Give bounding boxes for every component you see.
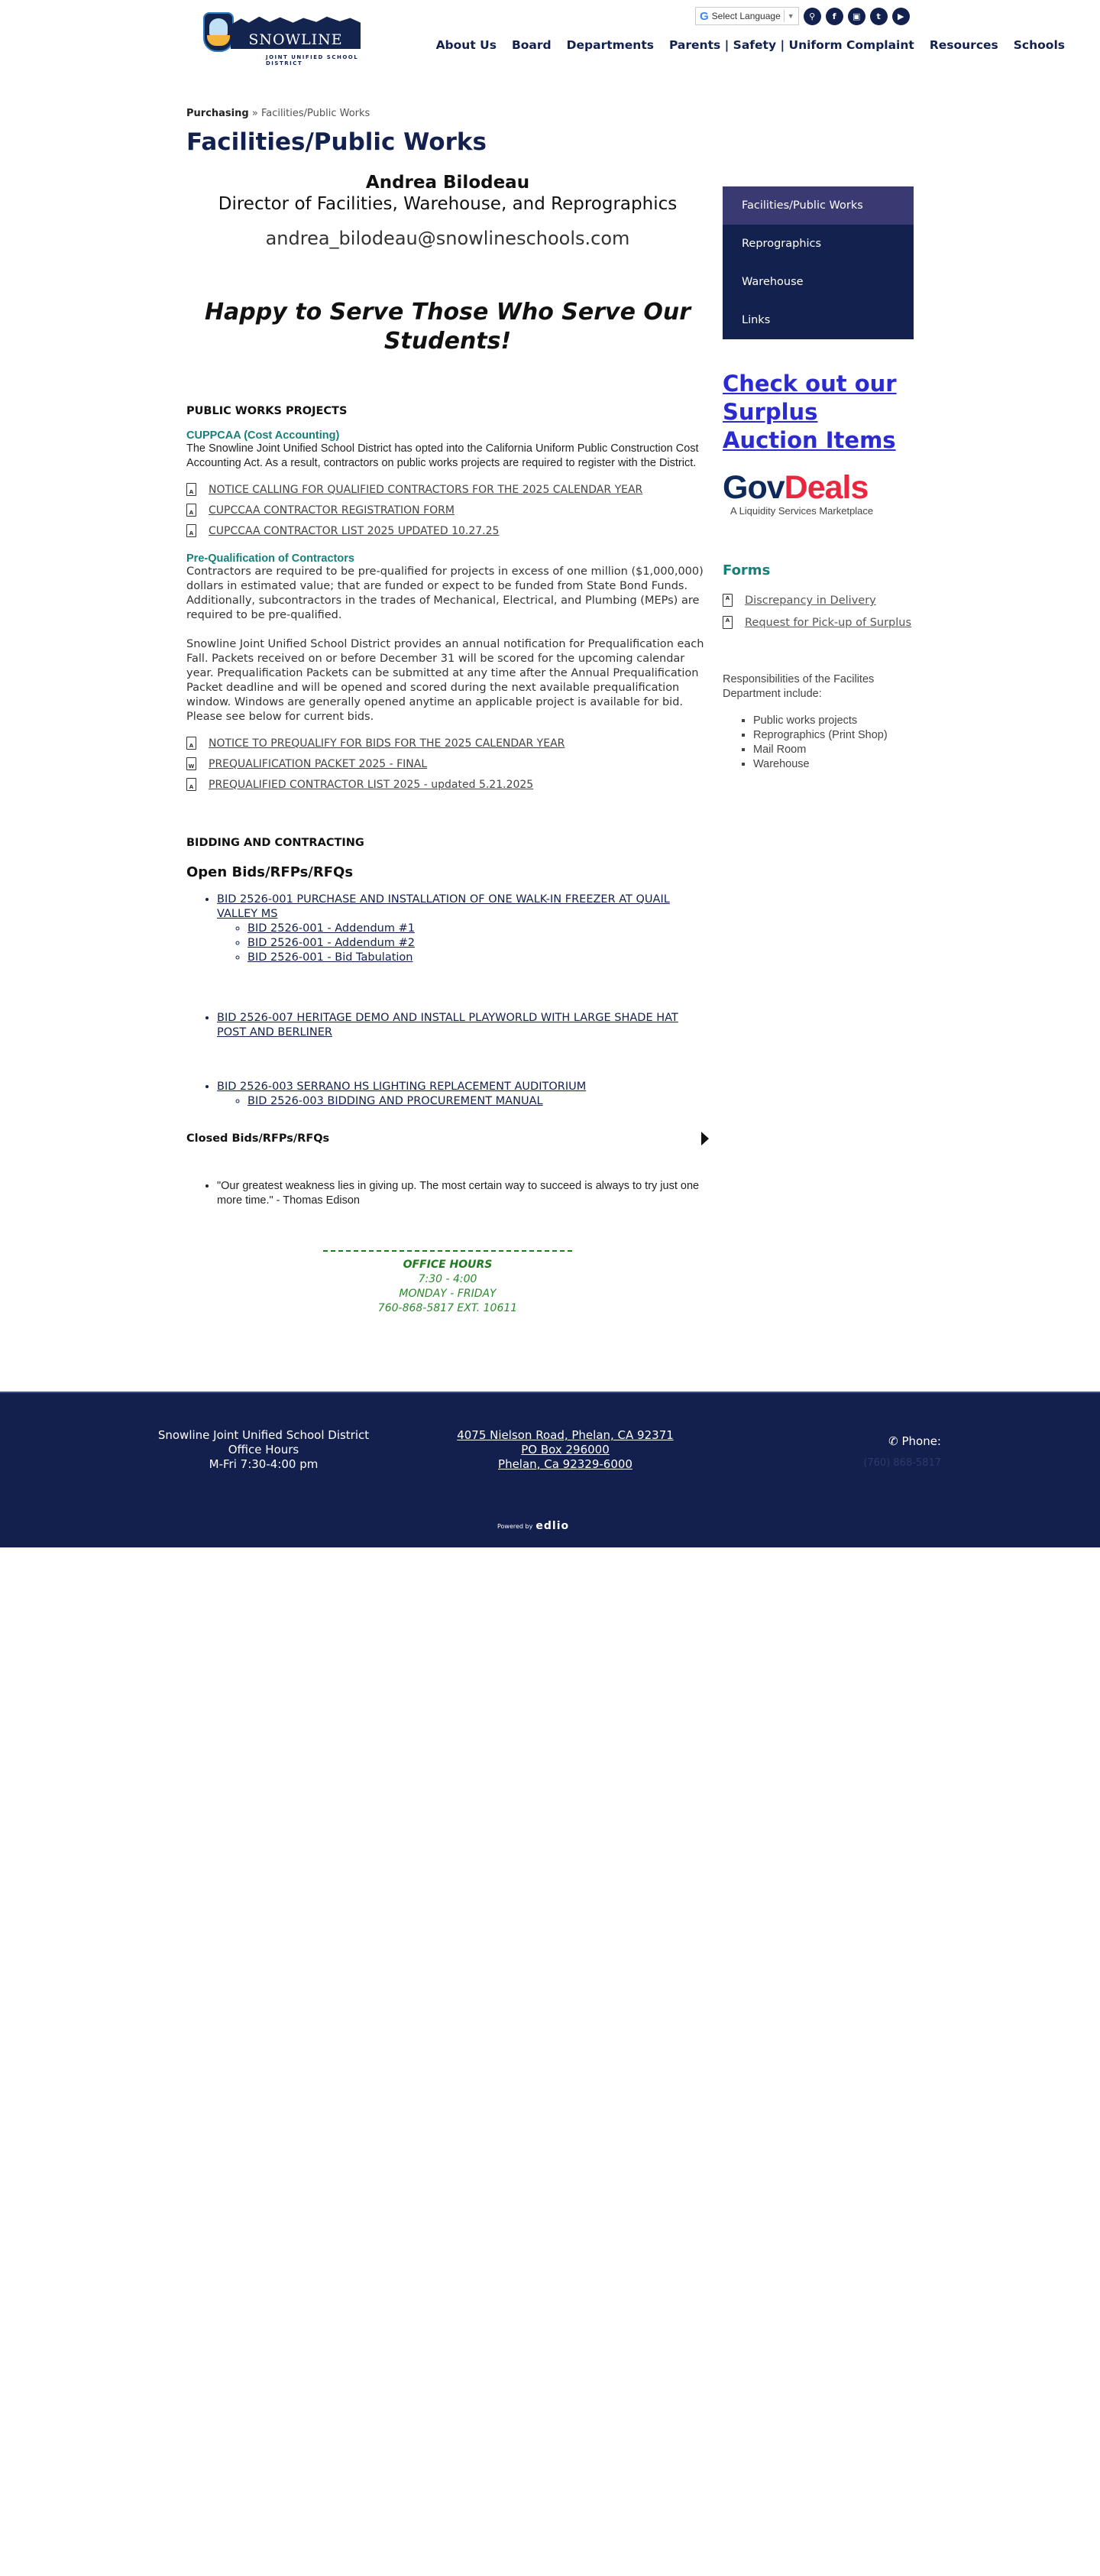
bid-sub-item: BID 2526-003 BIDDING AND PROCUREMENT MAN…: [247, 1094, 709, 1109]
footer-hours: Snowline Joint Unified School District O…: [153, 1428, 374, 1472]
responsibility-item: Mail Room: [753, 743, 914, 757]
form-link[interactable]: Discrepancy in Delivery: [745, 594, 876, 608]
responsibilities: Responsibilities of the Facilites Depart…: [723, 672, 914, 772]
bid-item: BID 2526-001 PURCHASE AND INSTALLATION O…: [217, 893, 709, 965]
open-bids-list: BID 2526-001 PURCHASE AND INSTALLATION O…: [186, 893, 709, 1109]
word-doc-icon: W: [186, 757, 196, 770]
logo-banner: SNOWLINE: [231, 15, 361, 49]
logo-subtitle: JOINT UNIFIED SCHOOL DISTRICT: [266, 54, 367, 66]
footer-address: 4075 Nielson Road, Phelan, CA 92371 PO B…: [451, 1428, 680, 1472]
main-content: Andrea Bilodeau Director of Facilities, …: [186, 173, 709, 1316]
nav-board[interactable]: Board: [512, 38, 552, 52]
logo-shield-icon: [203, 12, 234, 52]
closed-bids-toggle[interactable]: Closed Bids/RFPs/RFQs: [186, 1132, 709, 1145]
breadcrumb-parent[interactable]: Purchasing: [186, 108, 249, 119]
utility-bar: G Select Language ▼ ⚲ f ▣ t ▶: [695, 7, 910, 25]
edlio-logo: edlio: [535, 1520, 569, 1532]
office-hours-title: OFFICE HOURS: [186, 1258, 709, 1272]
nav-parents-safety[interactable]: Parents | Safety | Uniform Complaint: [669, 38, 914, 52]
language-select[interactable]: G Select Language ▼: [695, 7, 799, 25]
doc-link[interactable]: CUPCCAA CONTRACTOR REGISTRATION FORM: [209, 504, 455, 517]
pdf-icon: A: [186, 737, 196, 750]
prequal-heading: Pre-Qualification of Contractors: [186, 552, 709, 565]
sidebar-item-warehouse[interactable]: Warehouse: [723, 263, 914, 301]
bid-link[interactable]: BID 2526-001 PURCHASE AND INSTALLATION O…: [217, 893, 670, 920]
pdf-icon: A: [186, 524, 196, 537]
language-select-label: Select Language: [712, 11, 781, 21]
bid-item: BID 2526-003 SERRANO HS LIGHTING REPLACE…: [217, 1080, 709, 1109]
logo-name: SNOWLINE: [248, 32, 342, 47]
bid-sub-link[interactable]: BID 2526-001 - Bid Tabulation: [247, 951, 412, 964]
breadcrumb: Purchasing » Facilities/Public Works: [186, 108, 370, 119]
footer-hours-value: M-Fri 7:30-4:00 pm: [153, 1457, 374, 1472]
doc-item: WPREQUALIFICATION PACKET 2025 - FINAL: [186, 757, 709, 770]
divider: [784, 10, 785, 22]
pdf-icon: A: [186, 483, 196, 496]
twitter-icon[interactable]: t: [870, 8, 888, 25]
prequal-doc-list: ANOTICE TO PREQUALIFY FOR BIDS FOR THE 2…: [186, 737, 709, 791]
instagram-icon[interactable]: ▣: [848, 8, 865, 25]
office-hours-time: 7:30 - 4:00: [186, 1272, 709, 1287]
bid-sub-link[interactable]: BID 2526-001 - Addendum #2: [247, 937, 415, 949]
bid-item: BID 2526-007 HERITAGE DEMO AND INSTALL P…: [217, 1011, 709, 1040]
bid-link[interactable]: BID 2526-003 SERRANO HS LIGHTING REPLACE…: [217, 1081, 586, 1093]
doc-item: ANOTICE TO PREQUALIFY FOR BIDS FOR THE 2…: [186, 737, 709, 750]
doc-link[interactable]: NOTICE CALLING FOR QUALIFIED CONTRACTORS…: [209, 484, 642, 496]
govdeals-logo[interactable]: GovDeals A Liquidity Services Marketplac…: [723, 470, 914, 517]
expand-arrow-icon: [701, 1132, 709, 1145]
bid-sub-link[interactable]: BID 2526-003 BIDDING AND PROCUREMENT MAN…: [247, 1095, 543, 1107]
page-title: Facilities/Public Works: [186, 128, 487, 156]
bid-link[interactable]: BID 2526-007 HERITAGE DEMO AND INSTALL P…: [217, 1012, 678, 1039]
youtube-icon[interactable]: ▶: [892, 8, 910, 25]
phone-icon: ✆: [888, 1434, 898, 1448]
prequal-text-1: Contractors are required to be pre-quali…: [186, 565, 709, 623]
pdf-icon: A: [186, 504, 196, 517]
dropdown-arrow-icon: ▼: [788, 12, 794, 20]
public-works-heading: PUBLIC WORKS PROJECTS: [186, 405, 709, 417]
contact-name: Andrea Bilodeau: [186, 173, 709, 193]
govdeals-gov: Gov: [723, 469, 785, 506]
govdeals-tagline: A Liquidity Services Marketplace: [730, 505, 914, 517]
sidebar-nav: Facilities/Public Works Reprographics Wa…: [723, 186, 914, 339]
district-logo[interactable]: SNOWLINE JOINT UNIFIED SCHOOL DISTRICT: [203, 11, 367, 53]
site-header: SNOWLINE JOINT UNIFIED SCHOOL DISTRICT G…: [0, 0, 1100, 76]
responsibility-item: Reprographics (Print Shop): [753, 728, 914, 743]
footer-phone-number[interactable]: (760) 868-5817: [856, 1457, 941, 1469]
bid-sub-list: BID 2526-001 - Addendum #1 BID 2526-001 …: [247, 922, 709, 965]
bid-sub-link[interactable]: BID 2526-001 - Addendum #1: [247, 922, 415, 935]
google-icon: G: [700, 10, 709, 23]
footer-address-line-3[interactable]: Phelan, Ca 92329-6000: [498, 1457, 632, 1471]
doc-item: ANOTICE CALLING FOR QUALIFIED CONTRACTOR…: [186, 483, 709, 496]
dashed-divider: [323, 1250, 572, 1252]
nav-about-us[interactable]: About Us: [436, 38, 497, 52]
breadcrumb-separator: »: [252, 108, 258, 119]
bid-sub-list: BID 2526-003 BIDDING AND PROCUREMENT MAN…: [247, 1094, 709, 1109]
forms-heading: Forms: [723, 562, 914, 578]
footer-phone-label: Phone:: [901, 1434, 941, 1448]
closed-bids-heading: Closed Bids/RFPs/RFQs: [186, 1132, 329, 1145]
footer-address-line-1[interactable]: 4075 Nielson Road, Phelan, CA 92371: [457, 1428, 674, 1442]
doc-item: APREQUALIFIED CONTRACTOR LIST 2025 - upd…: [186, 778, 709, 791]
contact-email-link[interactable]: andrea_bilodeau@snowlineschools.com: [266, 228, 630, 249]
pdf-icon: A: [723, 616, 733, 629]
responsibility-item: Warehouse: [753, 757, 914, 772]
form-item: ARequest for Pick-up of Surplus: [723, 616, 914, 630]
responsibility-item: Public works projects: [753, 714, 914, 728]
facebook-icon[interactable]: f: [826, 8, 843, 25]
bid-sub-item: BID 2526-001 - Addendum #2: [247, 936, 709, 951]
main-nav: About Us Board Departments Parents | Saf…: [436, 38, 1065, 52]
cuppcaa-text: The Snowline Joint Unified School Distri…: [186, 442, 709, 471]
footer-district: Snowline Joint Unified School District: [153, 1428, 374, 1443]
office-hours-days: MONDAY - FRIDAY: [186, 1287, 709, 1301]
surplus-auction-link[interactable]: Check out our Surplus Auction Items: [723, 370, 914, 455]
powered-by-label: Powered by: [497, 1523, 532, 1530]
contact-title: Director of Facilities, Warehouse, and R…: [186, 194, 709, 214]
form-item: ADiscrepancy in Delivery: [723, 594, 914, 608]
sidebar-item-reprographics[interactable]: Reprographics: [723, 225, 914, 263]
cuppcaa-heading: CUPPCAA (Cost Accounting): [186, 429, 709, 442]
footer-address-line-2[interactable]: PO Box 296000: [521, 1443, 610, 1456]
responsibilities-list: Public works projects Reprographics (Pri…: [753, 714, 914, 772]
quote-list: "Our greatest weakness lies in giving up…: [217, 1179, 709, 1208]
office-hours-block: OFFICE HOURS 7:30 - 4:00 MONDAY - FRIDAY…: [186, 1243, 709, 1316]
nav-departments[interactable]: Departments: [567, 38, 654, 52]
footer-phone: ✆ Phone:: [856, 1434, 941, 1448]
contact-block: Andrea Bilodeau Director of Facilities, …: [186, 173, 709, 356]
pdf-icon: A: [186, 778, 196, 791]
sidebar: Facilities/Public Works Reprographics Wa…: [723, 186, 914, 772]
pdf-icon: A: [723, 594, 733, 607]
doc-item: ACUPCCAA CONTRACTOR LIST 2025 UPDATED 10…: [186, 524, 709, 537]
search-icon[interactable]: ⚲: [804, 8, 821, 25]
responsibilities-intro: Responsibilities of the Facilites Depart…: [723, 672, 914, 702]
site-footer: Snowline Joint Unified School District O…: [0, 1392, 1100, 1547]
nav-schools[interactable]: Schools: [1014, 38, 1065, 52]
prequal-text-2: Snowline Joint Unified School District p…: [186, 637, 709, 724]
govdeals-deals: Deals: [785, 469, 869, 506]
forms-list: ADiscrepancy in Delivery ARequest for Pi…: [723, 594, 914, 630]
slogan: Happy to Serve Those Who Serve Our Stude…: [186, 298, 709, 356]
footer-hours-label: Office Hours: [153, 1443, 374, 1457]
bid-sub-item: BID 2526-001 - Bid Tabulation: [247, 951, 709, 965]
form-link[interactable]: Request for Pick-up of Surplus: [745, 616, 911, 630]
open-bids-heading: Open Bids/RFPs/RFQs: [186, 864, 709, 880]
nav-resources[interactable]: Resources: [930, 38, 998, 52]
sidebar-item-facilities[interactable]: Facilities/Public Works: [723, 186, 914, 225]
bidding-heading: BIDDING AND CONTRACTING: [186, 837, 709, 849]
doc-link[interactable]: PREQUALIFICATION PACKET 2025 - FINAL: [209, 758, 427, 770]
quote: "Our greatest weakness lies in giving up…: [217, 1179, 709, 1208]
doc-link[interactable]: CUPCCAA CONTRACTOR LIST 2025 UPDATED 10.…: [209, 525, 499, 537]
bid-sub-item: BID 2526-001 - Addendum #1: [247, 922, 709, 936]
doc-item: ACUPCCAA CONTRACTOR REGISTRATION FORM: [186, 504, 709, 517]
office-hours-phone: 760-868-5817 EXT. 10611: [186, 1301, 709, 1316]
doc-link[interactable]: NOTICE TO PREQUALIFY FOR BIDS FOR THE 20…: [209, 737, 565, 750]
doc-link[interactable]: PREQUALIFIED CONTRACTOR LIST 2025 - upda…: [209, 779, 533, 791]
powered-by-edlio[interactable]: Powered by edlio: [497, 1520, 569, 1532]
cuppcaa-doc-list: ANOTICE CALLING FOR QUALIFIED CONTRACTOR…: [186, 483, 709, 537]
breadcrumb-current: Facilities/Public Works: [261, 108, 370, 119]
sidebar-item-links[interactable]: Links: [723, 301, 914, 339]
